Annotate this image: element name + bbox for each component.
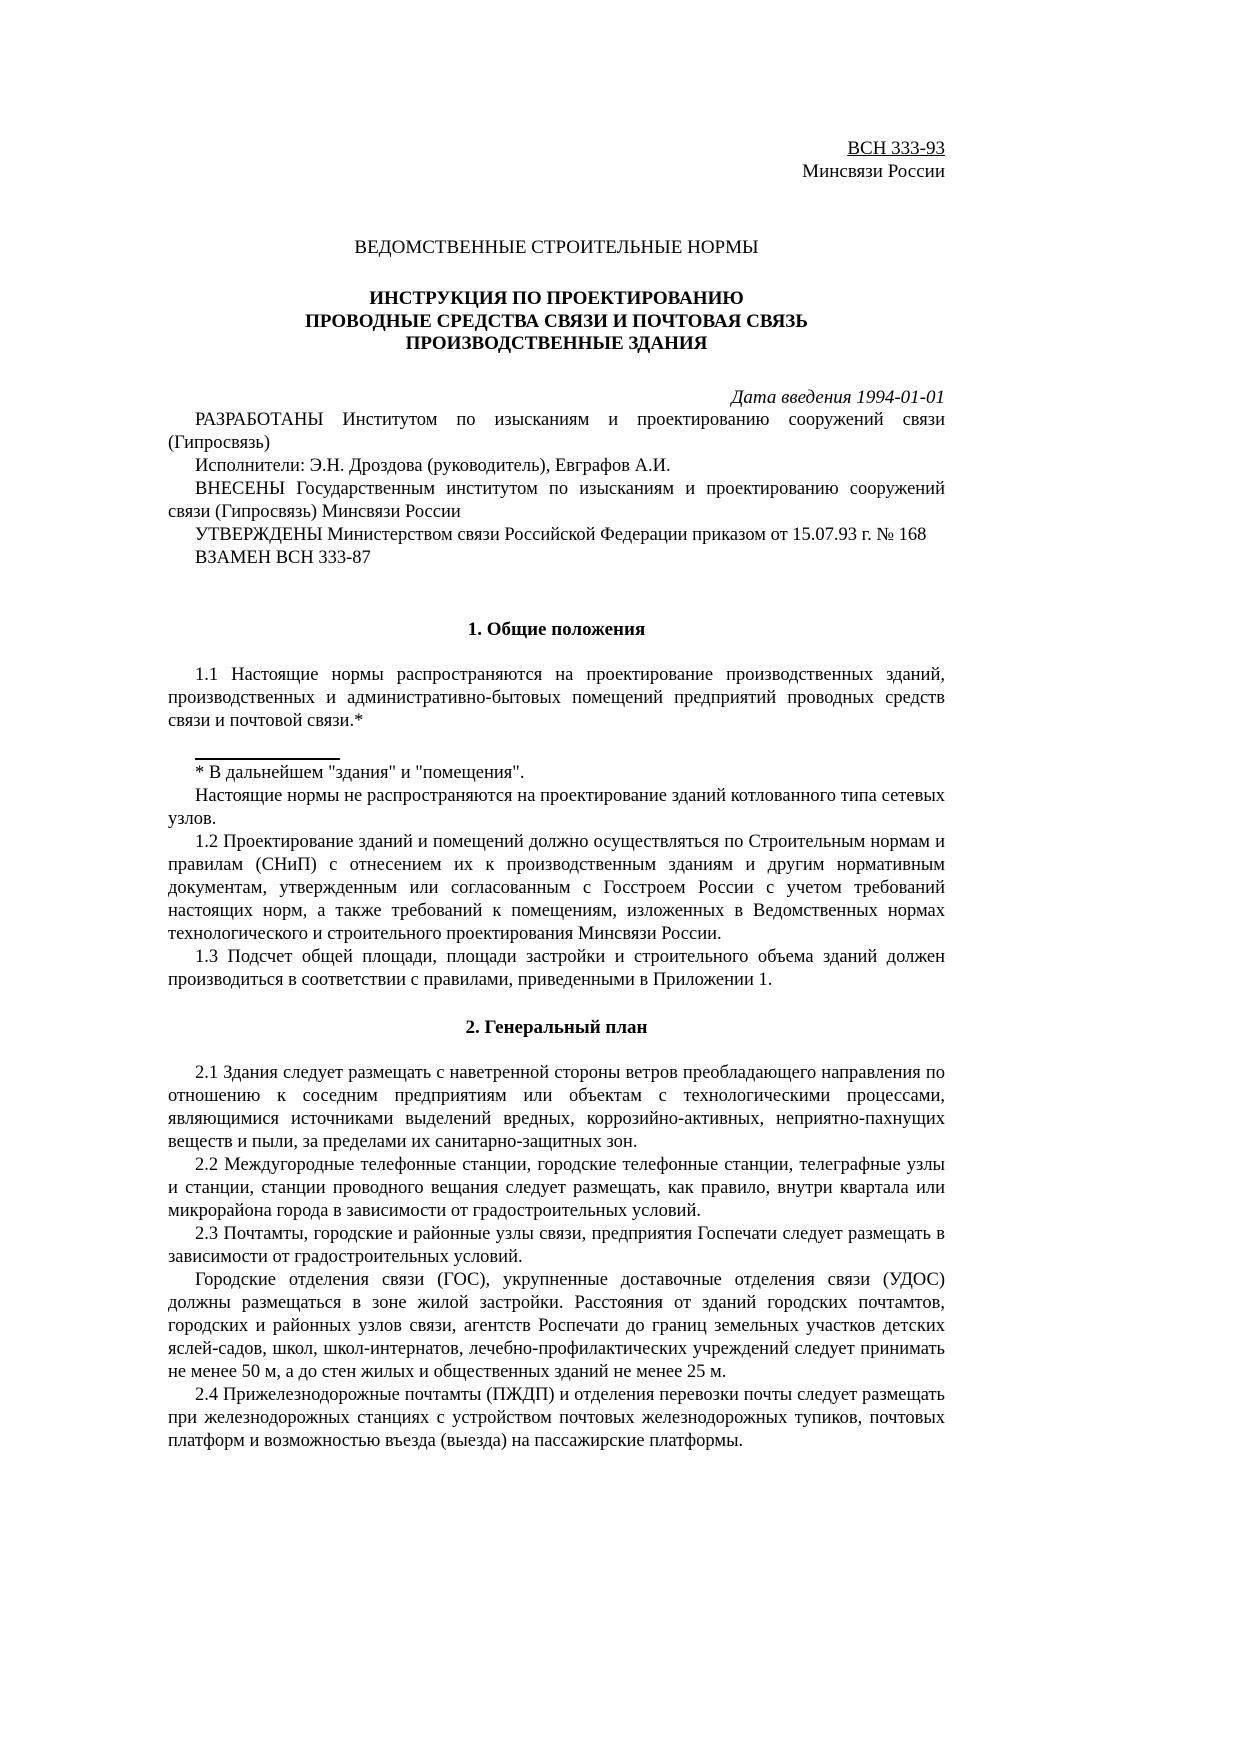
main-title-line-3: ПРОИЗВОДСТВЕННЫЕ ЗДАНИЯ	[168, 333, 945, 356]
main-title-line-1: ИНСТРУКЦИЯ ПО ПРОЕКТИРОВАНИЮ	[168, 288, 945, 311]
para-replaces: ВЗАМЕН ВСН 333-87	[168, 547, 945, 570]
category-title: ВЕДОМСТВЕННЫЕ СТРОИТЕЛЬНЫЕ НОРМЫ	[168, 236, 945, 259]
doc-number: ВСН 333-93	[168, 137, 945, 160]
para-submitted: ВНЕСЕНЫ Государственным институтом по из…	[168, 478, 945, 524]
para-2-3b: Городские отделения связи (ГОС), укрупне…	[168, 1269, 945, 1384]
document-header: ВСН 333-93 Минсвязи России	[168, 137, 945, 183]
para-2-1: 2.1 Здания следует размещать с наветренн…	[168, 1062, 945, 1154]
ministry-name: Минсвязи России	[168, 160, 945, 183]
section-2-heading: 2. Генеральный план	[168, 1016, 945, 1039]
section-1-heading: 1. Общие положения	[168, 618, 945, 641]
para-approved: УТВЕРЖДЕНЫ Министерством связи Российско…	[168, 524, 945, 547]
intro-date: Дата введения 1994-01-01	[168, 386, 945, 409]
para-2-3: 2.3 Почтамты, городские и районные узлы …	[168, 1223, 945, 1269]
footnote-rule	[195, 758, 340, 760]
para-developed: РАЗРАБОТАНЫ Институтом по изысканиям и п…	[168, 409, 945, 455]
main-title: ИНСТРУКЦИЯ ПО ПРОЕКТИРОВАНИЮ ПРОВОДНЫЕ С…	[168, 288, 945, 356]
footnote-text: * В дальнейшем "здания" и "помещения".	[168, 762, 945, 785]
para-scope-exclusion: Настоящие нормы не распространяются на п…	[168, 785, 945, 831]
doc-number-text: ВСН 333-93	[847, 138, 945, 159]
para-2-2: 2.2 Междугородные телефонные станции, го…	[168, 1154, 945, 1223]
document-page: ВСН 333-93 Минсвязи России ВЕДОМСТВЕННЫЕ…	[0, 0, 1240, 1755]
para-2-4: 2.4 Прижелезнодорожные почтамты (ПЖДП) и…	[168, 1384, 945, 1453]
para-1-1: 1.1 Настоящие нормы распространяются на …	[168, 664, 945, 733]
para-executors: Исполнители: Э.Н. Дроздова (руководитель…	[168, 455, 945, 478]
para-1-2: 1.2 Проектирование зданий и помещений до…	[168, 831, 945, 946]
para-1-3: 1.3 Подсчет общей площади, площади застр…	[168, 946, 945, 992]
main-title-line-2: ПРОВОДНЫЕ СРЕДСТВА СВЯЗИ И ПОЧТОВАЯ СВЯЗ…	[168, 311, 945, 334]
